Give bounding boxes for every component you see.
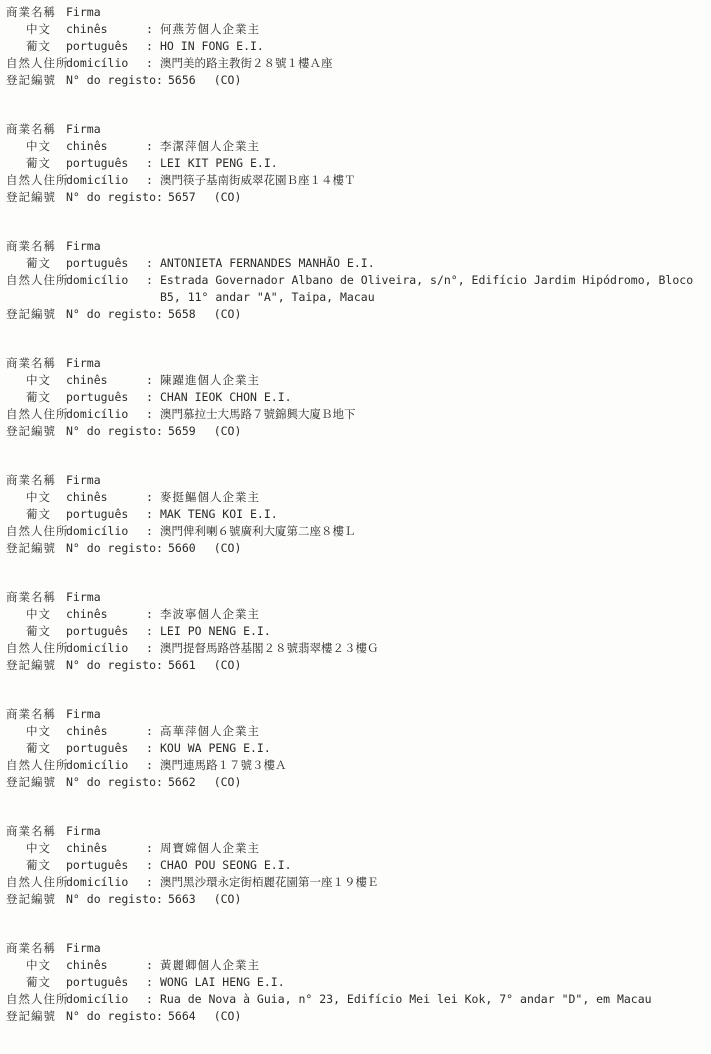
chinese-label-zh: 中文 (6, 489, 66, 506)
portuguese-name-row: 葡文 português : ANTONIETA FERNANDES MANHÃ… (0, 255, 711, 272)
firm-label-pt: Firma (66, 238, 146, 255)
registration-value-group: 5659(CO) (160, 423, 711, 440)
chinese-name-row: 中文 chinês : 高華萍個人企業主 (0, 723, 711, 740)
colon-separator: : (146, 857, 160, 874)
firm-header-row: 商業名稱 Firma (0, 823, 711, 840)
firm-label-pt: Firma (66, 355, 146, 372)
registration-label-zh: 登記編號 (6, 72, 66, 89)
address-label-pt: domicílio (66, 55, 146, 72)
registration-row: 登記編號 N° do registo: 5662(CO) (0, 774, 711, 791)
registration-number: 5661 (160, 658, 196, 672)
registration-row: 登記編號 N° do registo: 5659(CO) (0, 423, 711, 440)
registration-number: 5657 (160, 190, 196, 204)
registration-value-group: 5658(CO) (160, 306, 711, 323)
portuguese-name-value: LEI KIT PENG E.I. (160, 155, 711, 172)
chinese-label-pt: chinês (66, 840, 146, 857)
colon-separator: : (146, 840, 160, 857)
registration-label-zh: 登記編號 (6, 774, 66, 791)
chinese-name-value: 黃麗卿個人企業主 (160, 957, 711, 974)
firm-label-pt: Firma (66, 589, 146, 606)
registration-value-group: 5657(CO) (160, 189, 711, 206)
chinese-label-pt: chinês (66, 138, 146, 155)
registration-value-group: 5664(CO) (160, 1008, 711, 1025)
portuguese-label-zh: 葡文 (6, 974, 66, 991)
chinese-label-pt: chinês (66, 372, 146, 389)
registration-value-group: 5663(CO) (160, 891, 711, 908)
registration-label-zh: 登記編號 (6, 306, 66, 323)
registration-type-code: (CO) (196, 307, 242, 321)
chinese-name-value: 周寶嫦個人企業主 (160, 840, 711, 857)
address-value: 澳門黑沙環永定街栢麗花園第一座１９樓Ｅ (160, 874, 711, 891)
document-page: 商業名稱 Firma 中文 chinês : 何燕芳個人企業主 葡文 portu… (0, 0, 711, 1054)
registration-number: 5660 (160, 541, 196, 555)
address-value: 澳門俾利喇６號廣利大廈第二座８樓Ｌ (160, 523, 711, 540)
registration-row: 登記編號 N° do registo: 5663(CO) (0, 891, 711, 908)
address-label-pt: domicílio (66, 523, 146, 540)
registration-entry: 商業名稱 Firma 中文 chinês : 何燕芳個人企業主 葡文 portu… (0, 4, 711, 89)
address-row: 自然人住所 domicílio : 澳門提督馬路啓基閣２８號翡翠樓２３樓Ｇ (0, 640, 711, 657)
registration-label-pt: N° do registo: (66, 774, 160, 791)
portuguese-label-pt: português (66, 255, 146, 272)
colon-separator: : (146, 406, 160, 423)
registration-label-pt: N° do registo: (66, 657, 160, 674)
registration-row: 登記編號 N° do registo: 5660(CO) (0, 540, 711, 557)
colon-separator: : (146, 957, 160, 974)
registration-type-code: (CO) (196, 541, 242, 555)
registration-number: 5658 (160, 307, 196, 321)
registration-type-code: (CO) (196, 775, 242, 789)
address-label-zh: 自然人住所 (6, 272, 66, 289)
address-label-zh: 自然人住所 (6, 991, 66, 1008)
address-value: 澳門提督馬路啓基閣２８號翡翠樓２３樓Ｇ (160, 640, 711, 657)
registration-label-zh: 登記編號 (6, 1008, 66, 1025)
chinese-label-zh: 中文 (6, 372, 66, 389)
registration-label-zh: 登記編號 (6, 657, 66, 674)
registration-value-group: 5656(CO) (160, 72, 711, 89)
registration-value-group: 5660(CO) (160, 540, 711, 557)
colon-separator: : (146, 172, 160, 189)
portuguese-name-row: 葡文 português : CHAO POU SEONG E.I. (0, 857, 711, 874)
colon-separator: : (146, 506, 160, 523)
portuguese-label-pt: português (66, 974, 146, 991)
firm-label-pt: Firma (66, 121, 146, 138)
portuguese-label-zh: 葡文 (6, 623, 66, 640)
chinese-label-pt: chinês (66, 606, 146, 623)
portuguese-name-value: HO IN FONG E.I. (160, 38, 711, 55)
address-label-pt: domicílio (66, 406, 146, 423)
registration-label-zh: 登記編號 (6, 540, 66, 557)
registration-number: 5664 (160, 1009, 196, 1023)
colon-separator: : (146, 138, 160, 155)
colon-separator: : (146, 623, 160, 640)
address-label-pt: domicílio (66, 991, 146, 1008)
address-label-zh: 自然人住所 (6, 640, 66, 657)
registration-row: 登記編號 N° do registo: 5657(CO) (0, 189, 711, 206)
registration-label-pt: N° do registo: (66, 189, 160, 206)
registration-value-group: 5661(CO) (160, 657, 711, 674)
firm-header-row: 商業名稱 Firma (0, 472, 711, 489)
chinese-name-value: 麥挺鰸個人企業主 (160, 489, 711, 506)
firm-label-pt: Firma (66, 472, 146, 489)
firm-label-pt: Firma (66, 706, 146, 723)
chinese-name-row: 中文 chinês : 何燕芳個人企業主 (0, 21, 711, 38)
registration-label-pt: N° do registo: (66, 1008, 160, 1025)
chinese-label-zh: 中文 (6, 840, 66, 857)
registration-number: 5662 (160, 775, 196, 789)
registration-type-code: (CO) (196, 892, 242, 906)
registration-type-code: (CO) (196, 190, 242, 204)
address-label-zh: 自然人住所 (6, 172, 66, 189)
registration-type-code: (CO) (196, 1009, 242, 1023)
chinese-name-row: 中文 chinês : 李潔萍個人企業主 (0, 138, 711, 155)
firm-header-row: 商業名稱 Firma (0, 706, 711, 723)
firm-label-zh: 商業名稱 (6, 238, 66, 255)
colon-separator: : (146, 372, 160, 389)
registration-entry: 商業名稱 Firma 中文 chinês : 黃麗卿個人企業主 葡文 portu… (0, 940, 711, 1025)
colon-separator: : (146, 740, 160, 757)
address-value: Rua de Nova à Guia, n° 23, Edifício Mei … (160, 991, 711, 1008)
registration-label-pt: N° do registo: (66, 423, 160, 440)
address-label-pt: domicílio (66, 172, 146, 189)
firm-label-zh: 商業名稱 (6, 121, 66, 138)
portuguese-name-row: 葡文 português : CHAN IEOK CHON E.I. (0, 389, 711, 406)
portuguese-name-row: 葡文 português : HO IN FONG E.I. (0, 38, 711, 55)
registration-label-pt: N° do registo: (66, 306, 160, 323)
portuguese-label-zh: 葡文 (6, 740, 66, 757)
chinese-label-pt: chinês (66, 489, 146, 506)
portuguese-label-zh: 葡文 (6, 38, 66, 55)
portuguese-label-zh: 葡文 (6, 155, 66, 172)
portuguese-name-value: WONG LAI HENG E.I. (160, 974, 711, 991)
colon-separator: : (146, 991, 160, 1008)
portuguese-name-row: 葡文 português : KOU WA PENG E.I. (0, 740, 711, 757)
address-row: 自然人住所 domicílio : 澳門筷子基南街威翠花園Ｂ座１４樓Ｔ (0, 172, 711, 189)
firm-header-row: 商業名稱 Firma (0, 940, 711, 957)
chinese-name-value: 陳躍進個人企業主 (160, 372, 711, 389)
address-label-zh: 自然人住所 (6, 406, 66, 423)
registration-type-code: (CO) (196, 73, 242, 87)
colon-separator: : (146, 21, 160, 38)
address-value: 澳門慕拉士大馬路７號錦興大廈Ｂ地下 (160, 406, 711, 423)
firm-label-zh: 商業名稱 (6, 706, 66, 723)
registration-label-pt: N° do registo: (66, 891, 160, 908)
address-label-zh: 自然人住所 (6, 523, 66, 540)
portuguese-name-value: KOU WA PENG E.I. (160, 740, 711, 757)
chinese-label-zh: 中文 (6, 723, 66, 740)
registration-label-zh: 登記編號 (6, 891, 66, 908)
registration-entries-list: 商業名稱 Firma 中文 chinês : 何燕芳個人企業主 葡文 portu… (0, 4, 711, 1025)
portuguese-name-value: CHAN IEOK CHON E.I. (160, 389, 711, 406)
colon-separator: : (146, 55, 160, 72)
address-label-zh: 自然人住所 (6, 55, 66, 72)
firm-label-pt: Firma (66, 940, 146, 957)
chinese-name-value: 李潔萍個人企業主 (160, 138, 711, 155)
firm-label-zh: 商業名稱 (6, 472, 66, 489)
firm-label-zh: 商業名稱 (6, 589, 66, 606)
firm-label-zh: 商業名稱 (6, 823, 66, 840)
registration-entry: 商業名稱 Firma 中文 chinês : 周寶嫦個人企業主 葡文 portu… (0, 823, 711, 908)
portuguese-label-pt: português (66, 506, 146, 523)
address-label-pt: domicílio (66, 874, 146, 891)
colon-separator: : (146, 255, 160, 272)
registration-row: 登記編號 N° do registo: 5664(CO) (0, 1008, 711, 1025)
colon-separator: : (146, 272, 160, 289)
colon-separator: : (146, 723, 160, 740)
colon-separator: : (146, 389, 160, 406)
firm-header-row: 商業名稱 Firma (0, 238, 711, 255)
firm-label-zh: 商業名稱 (6, 355, 66, 372)
address-row: 自然人住所 domicílio : 澳門慕拉士大馬路７號錦興大廈Ｂ地下 (0, 406, 711, 423)
address-row: 自然人住所 domicílio : 澳門美的路主教街２８號１樓Ａ座 (0, 55, 711, 72)
colon-separator: : (146, 523, 160, 540)
registration-label-zh: 登記編號 (6, 189, 66, 206)
firm-label-zh: 商業名稱 (6, 4, 66, 21)
portuguese-label-zh: 葡文 (6, 506, 66, 523)
colon-separator: : (146, 874, 160, 891)
chinese-label-zh: 中文 (6, 138, 66, 155)
portuguese-label-zh: 葡文 (6, 857, 66, 874)
chinese-name-row: 中文 chinês : 陳躍進個人企業主 (0, 372, 711, 389)
chinese-label-pt: chinês (66, 21, 146, 38)
address-row: 自然人住所 domicílio : Rua de Nova à Guia, n°… (0, 991, 711, 1008)
portuguese-label-zh: 葡文 (6, 255, 66, 272)
registration-row: 登記編號 N° do registo: 5661(CO) (0, 657, 711, 674)
portuguese-label-pt: português (66, 389, 146, 406)
portuguese-name-row: 葡文 português : LEI PO NENG E.I. (0, 623, 711, 640)
colon-separator: : (146, 489, 160, 506)
address-value: Estrada Governador Albano de Oliveira, s… (160, 272, 711, 306)
registration-value-group: 5662(CO) (160, 774, 711, 791)
registration-entry: 商業名稱 Firma 中文 chinês : 高華萍個人企業主 葡文 portu… (0, 706, 711, 791)
chinese-label-zh: 中文 (6, 606, 66, 623)
colon-separator: : (146, 38, 160, 55)
registration-entry: 商業名稱 Firma 中文 chinês : 李潔萍個人企業主 葡文 portu… (0, 121, 711, 206)
address-label-pt: domicílio (66, 757, 146, 774)
registration-number: 5656 (160, 73, 196, 87)
chinese-name-row: 中文 chinês : 周寶嫦個人企業主 (0, 840, 711, 857)
firm-header-row: 商業名稱 Firma (0, 589, 711, 606)
portuguese-name-value: CHAO POU SEONG E.I. (160, 857, 711, 874)
colon-separator: : (146, 606, 160, 623)
firm-label-pt: Firma (66, 823, 146, 840)
portuguese-name-row: 葡文 português : WONG LAI HENG E.I. (0, 974, 711, 991)
firm-label-zh: 商業名稱 (6, 940, 66, 957)
firm-header-row: 商業名稱 Firma (0, 4, 711, 21)
chinese-name-value: 高華萍個人企業主 (160, 723, 711, 740)
portuguese-name-value: LEI PO NENG E.I. (160, 623, 711, 640)
chinese-label-zh: 中文 (6, 957, 66, 974)
portuguese-label-zh: 葡文 (6, 389, 66, 406)
chinese-name-row: 中文 chinês : 麥挺鰸個人企業主 (0, 489, 711, 506)
colon-separator: : (146, 640, 160, 657)
chinese-name-value: 李波寧個人企業主 (160, 606, 711, 623)
firm-label-pt: Firma (66, 4, 146, 21)
firm-header-row: 商業名稱 Firma (0, 121, 711, 138)
chinese-name-row: 中文 chinês : 李波寧個人企業主 (0, 606, 711, 623)
chinese-label-pt: chinês (66, 723, 146, 740)
portuguese-label-pt: português (66, 38, 146, 55)
registration-entry: 商業名稱 Firma 中文 chinês : 李波寧個人企業主 葡文 portu… (0, 589, 711, 674)
portuguese-label-pt: português (66, 623, 146, 640)
address-label-pt: domicílio (66, 640, 146, 657)
address-row: 自然人住所 domicílio : 澳門俾利喇６號廣利大廈第二座８樓Ｌ (0, 523, 711, 540)
portuguese-name-row: 葡文 português : LEI KIT PENG E.I. (0, 155, 711, 172)
chinese-label-zh: 中文 (6, 21, 66, 38)
registration-row: 登記編號 N° do registo: 5658(CO) (0, 306, 711, 323)
registration-number: 5659 (160, 424, 196, 438)
colon-separator: : (146, 757, 160, 774)
address-row: 自然人住所 domicílio : Estrada Governador Alb… (0, 272, 711, 306)
address-row: 自然人住所 domicílio : 澳門連馬路１７號３樓Ａ (0, 757, 711, 774)
colon-separator: : (146, 974, 160, 991)
address-value: 澳門筷子基南街威翠花園Ｂ座１４樓Ｔ (160, 172, 711, 189)
registration-row: 登記編號 N° do registo: 5656(CO) (0, 72, 711, 89)
registration-type-code: (CO) (196, 658, 242, 672)
registration-entry: 商業名稱 Firma 中文 chinês : 陳躍進個人企業主 葡文 portu… (0, 355, 711, 440)
registration-label-pt: N° do registo: (66, 540, 160, 557)
address-value: 澳門美的路主教街２８號１樓Ａ座 (160, 55, 711, 72)
chinese-name-row: 中文 chinês : 黃麗卿個人企業主 (0, 957, 711, 974)
portuguese-label-pt: português (66, 155, 146, 172)
colon-separator: : (146, 155, 160, 172)
chinese-name-value: 何燕芳個人企業主 (160, 21, 711, 38)
registration-type-code: (CO) (196, 424, 242, 438)
address-row: 自然人住所 domicílio : 澳門黑沙環永定街栢麗花園第一座１９樓Ｅ (0, 874, 711, 891)
registration-entry: 商業名稱 Firma 中文 chinês : 麥挺鰸個人企業主 葡文 portu… (0, 472, 711, 557)
portuguese-name-row: 葡文 português : MAK TENG KOI E.I. (0, 506, 711, 523)
address-label-zh: 自然人住所 (6, 757, 66, 774)
registration-label-zh: 登記編號 (6, 423, 66, 440)
registration-entry: 商業名稱 Firma 葡文 português : ANTONIETA FERN… (0, 238, 711, 323)
address-value: 澳門連馬路１７號３樓Ａ (160, 757, 711, 774)
address-label-pt: domicílio (66, 272, 146, 289)
firm-header-row: 商業名稱 Firma (0, 355, 711, 372)
portuguese-name-value: MAK TENG KOI E.I. (160, 506, 711, 523)
portuguese-label-pt: português (66, 857, 146, 874)
address-label-zh: 自然人住所 (6, 874, 66, 891)
portuguese-name-value: ANTONIETA FERNANDES MANHÃO E.I. (160, 255, 711, 272)
registration-label-pt: N° do registo: (66, 72, 160, 89)
registration-number: 5663 (160, 892, 196, 906)
portuguese-label-pt: português (66, 740, 146, 757)
chinese-label-pt: chinês (66, 957, 146, 974)
